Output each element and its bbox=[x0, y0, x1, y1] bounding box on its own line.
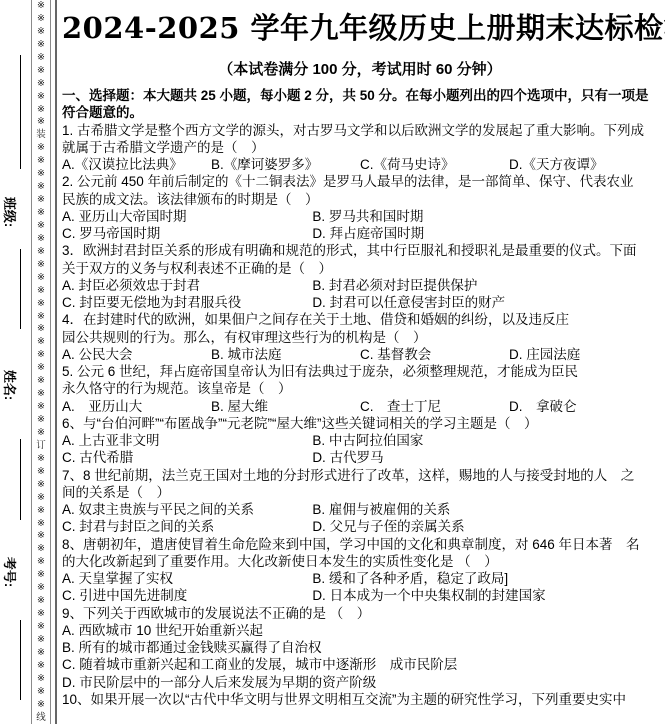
option-row: D. 市民阶层中的一部分人后来发展为早期的资产阶级 bbox=[62, 674, 658, 691]
option: D. 拜占庭帝国时期 bbox=[312, 225, 658, 242]
binding-symbol: ※ bbox=[37, 182, 45, 192]
question-stem-line: 8、唐朝初年，遣唐使冒着生命危险来到中国，学习中国的文化和典章制度，对 646 … bbox=[62, 536, 658, 553]
option: A. 西欧城市 10 世纪开始重新兴起 bbox=[62, 622, 658, 639]
blank-line bbox=[20, 439, 21, 520]
option: C. 基督教会 bbox=[360, 346, 509, 363]
option-row: A. 亚历山大帝国时期B. 罗马共和国时期 bbox=[62, 208, 658, 225]
option: D. 日本成为一个中央集权制的封建国家 bbox=[312, 587, 658, 604]
paper-title: 2024-2025 学年九年级历史上册期末达标检测卷 bbox=[62, 8, 658, 48]
binding-symbol: ※ bbox=[37, 66, 45, 76]
binding-symbol: ※ bbox=[37, 363, 45, 373]
questions: 一、选择题：本大题共 25 小题，每小题 2 分，共 50 分。在每小题列出的四… bbox=[62, 87, 658, 708]
blank-line bbox=[20, 55, 21, 169]
option-row: A. 亚历山大B. 屋大维C. 查士丁尼D. 拿破仑 bbox=[62, 398, 658, 415]
name-label: 姓名: bbox=[0, 359, 20, 411]
option: B. 封君必须对封臣提供保护 bbox=[312, 277, 658, 294]
option-row: C. 古代希腊D. 古代罗马 bbox=[62, 449, 658, 466]
option: C. 查士丁尼 bbox=[360, 398, 509, 415]
option: D. 庄园法庭 bbox=[509, 346, 658, 363]
binding-symbol: ※ bbox=[37, 661, 45, 671]
binding-symbol: ※ bbox=[37, 53, 45, 63]
binding-symbol: ※ bbox=[37, 143, 45, 153]
binding-symbol: ※ bbox=[37, 376, 45, 386]
option-row: A. 西欧城市 10 世纪开始重新兴起 bbox=[62, 622, 658, 639]
binding-symbol: ※ bbox=[37, 493, 45, 503]
binding-symbol: ※ bbox=[37, 544, 45, 554]
binding-symbol: ※ bbox=[37, 415, 45, 425]
binding-symbol: ※ bbox=[37, 312, 45, 322]
binding-symbol: ※ bbox=[37, 389, 45, 399]
question-stem-line: 5. 公元 6 世纪，拜占庭帝国皇帝认为旧有法典过于庞杂，必须整理规范，才能成为… bbox=[62, 363, 658, 380]
paper-subtitle: （本试卷满分 100 分，考试用时 60 分钟） bbox=[62, 61, 658, 78]
option: D. 封君可以任意侵害封臣的财产 bbox=[312, 294, 658, 311]
question-stem-line: 10、如果开展一次以“古代中华文明与世界文明相互交流”为主题的研究性学习，下列重… bbox=[62, 691, 658, 708]
binding-strip: ※※※※※※※※※※装※※※※※※※※※※※※※※※※※※※※※※※订※※※※※… bbox=[31, 0, 51, 724]
binding-symbol: ※ bbox=[37, 195, 45, 205]
option-row: B. 所有的城市都通过金钱赎买赢得了自治权 bbox=[62, 639, 658, 656]
option: D. 拿破仑 bbox=[509, 398, 658, 415]
binding-symbol: ※ bbox=[37, 687, 45, 697]
question-stem-line: 关于双方的义务与权利表述不正确的是（ ） bbox=[62, 260, 658, 277]
binding-char: 线 bbox=[36, 713, 46, 723]
binding-symbol: ※ bbox=[37, 609, 45, 619]
question-stem-line: 间的关系是（ ） bbox=[62, 484, 658, 501]
option: B. 罗马共和国时期 bbox=[312, 208, 658, 225]
section-heading-line: 符合题意的。 bbox=[62, 104, 658, 121]
blank-line bbox=[20, 620, 21, 700]
binding-symbol: ※ bbox=[37, 324, 45, 334]
exam-paper: 2024-2025 学年九年级历史上册期末达标检测卷 （本试卷满分 100 分，… bbox=[62, 0, 658, 708]
binding-symbol: ※ bbox=[37, 480, 45, 490]
blank-line bbox=[20, 249, 21, 329]
examno-label: 考号: bbox=[0, 546, 20, 598]
question-stem-line: 9、下列关于西欧城市的发展说法不正确的是 （ ） bbox=[62, 605, 658, 622]
binding-symbol: ※ bbox=[37, 260, 45, 270]
binding-char: 订 bbox=[36, 441, 46, 451]
binding-symbol: ※ bbox=[37, 454, 45, 464]
option-row: A. 天皇掌握了实权B. 缓和了各种矛盾，稳定了政局] bbox=[62, 570, 658, 587]
binding-symbol: ※ bbox=[37, 570, 45, 580]
binding-symbol: ※ bbox=[37, 648, 45, 658]
option-row: C. 罗马帝国时期D. 拜占庭帝国时期 bbox=[62, 225, 658, 242]
section-heading-line: 一、选择题：本大题共 25 小题，每小题 2 分，共 50 分。在每小题列出的四… bbox=[62, 87, 658, 104]
binding-symbol: ※ bbox=[37, 286, 45, 296]
binding-symbol: ※ bbox=[37, 519, 45, 529]
binding-char: 装 bbox=[36, 130, 46, 140]
option: B. 缓和了各种矛盾，稳定了政局] bbox=[312, 570, 658, 587]
question-stem-line: 园公共规则的行为。那么，有权审理这些行为的机构是（ ） bbox=[62, 329, 658, 346]
binding-symbol: ※ bbox=[37, 506, 45, 516]
question-stem-line: 就属于古希腊文学遗产的是（ ） bbox=[62, 139, 658, 156]
option: B. 所有的城市都通过金钱赎买赢得了自治权 bbox=[62, 639, 658, 656]
option-row: C. 封君与封臣之间的关系D. 父兄与子侄的亲属关系 bbox=[62, 518, 658, 535]
binding-symbol: ※ bbox=[37, 557, 45, 567]
option: C. 引进中国先进制度 bbox=[62, 587, 312, 604]
option-row: C. 引进中国先进制度D. 日本成为一个中央集权制的封建国家 bbox=[62, 587, 658, 604]
binding-symbol: ※ bbox=[37, 156, 45, 166]
option: A. 天皇掌握了实权 bbox=[62, 570, 312, 587]
option: B. 雇佣与被雇佣的关系 bbox=[312, 501, 658, 518]
option: C. 封君与封臣之间的关系 bbox=[62, 518, 312, 535]
option: A. 亚历山大 bbox=[62, 398, 211, 415]
binding-symbol: ※ bbox=[37, 27, 45, 37]
option: D. 父兄与子侄的亲属关系 bbox=[312, 518, 658, 535]
option-row: C. 随着城市重新兴起和工商业的发展，城市中逐渐形 成市民阶层 bbox=[62, 656, 658, 673]
option: D. 市民阶层中的一部分人后来发展为早期的资产阶级 bbox=[62, 674, 658, 691]
binding-symbol: ※ bbox=[37, 596, 45, 606]
question-stem-line: 3．欧洲封君封臣关系的形成有明确和规范的形式，其中行臣服礼和授职礼是最重要的仪式… bbox=[62, 242, 658, 259]
binding-symbol: ※ bbox=[37, 622, 45, 632]
question-stem-line: 2. 公元前 450 年前后制定的《十二铜表法》是罗马人最早的法律，是一部简单、… bbox=[62, 173, 658, 190]
binding-symbol: ※ bbox=[37, 40, 45, 50]
binding-symbol: ※ bbox=[37, 208, 45, 218]
binding-symbol: ※ bbox=[37, 428, 45, 438]
binding-symbol: ※ bbox=[37, 221, 45, 231]
binding-symbol: ※ bbox=[37, 350, 45, 360]
question-stem-line: 的大化改新起到了重要作用。大化改新使日本发生的实质性变化是 （ ） bbox=[62, 553, 658, 570]
option: B.《摩诃婆罗多》 bbox=[211, 156, 360, 173]
question-stem-line: 1. 古希腊文学是整个西方文学的源头，对古罗马文学和以后欧洲文学的发展起了重大影… bbox=[62, 122, 658, 139]
binding-symbol: ※ bbox=[37, 117, 45, 127]
question-stem-line: 7、8 世纪前期，法兰克王国对土地的分封形式进行了改革，这样，赐地的人与接受封地… bbox=[62, 467, 658, 484]
binding-symbol: ※ bbox=[37, 299, 45, 309]
option: A. 公民大会 bbox=[62, 346, 211, 363]
option: B. 城市法庭 bbox=[211, 346, 360, 363]
option: A. 封臣必须效忠于封君 bbox=[62, 277, 312, 294]
binding-symbol: ※ bbox=[37, 337, 45, 347]
binding-symbol: ※ bbox=[37, 1, 45, 11]
option-row: A. 公民大会B. 城市法庭C. 基督教会D. 庄园法庭 bbox=[62, 346, 658, 363]
option: B. 屋大维 bbox=[211, 398, 360, 415]
binding-symbol: ※ bbox=[37, 105, 45, 115]
option: A. 上古亚非文明 bbox=[62, 432, 312, 449]
option-row: A.《汉谟拉比法典》B.《摩诃婆罗多》C.《荷马史诗》D.《天方夜谭》 bbox=[62, 156, 658, 173]
binding-symbol: ※ bbox=[37, 467, 45, 477]
option-row: A. 上古亚非文明B. 中古阿拉伯国家 bbox=[62, 432, 658, 449]
option: D. 古代罗马 bbox=[312, 449, 658, 466]
option: C. 随着城市重新兴起和工商业的发展，城市中逐渐形 成市民阶层 bbox=[62, 656, 658, 673]
binding-symbol: ※ bbox=[37, 169, 45, 179]
option: C.《荷马史诗》 bbox=[360, 156, 509, 173]
binding-symbol: ※ bbox=[37, 234, 45, 244]
option: C. 罗马帝国时期 bbox=[62, 225, 312, 242]
binding-symbol: ※ bbox=[37, 92, 45, 102]
binding-symbol: ※ bbox=[37, 273, 45, 283]
binding-symbol: ※ bbox=[37, 14, 45, 24]
option: A. 奴隶主贵族与平民之间的关系 bbox=[62, 501, 312, 518]
binding-symbol: ※ bbox=[37, 79, 45, 89]
class-label: 班级: bbox=[0, 186, 20, 238]
option: C. 封臣要无偿地为封君服兵役 bbox=[62, 294, 312, 311]
binding-symbol: ※ bbox=[37, 247, 45, 257]
option: B. 中古阿拉伯国家 bbox=[312, 432, 658, 449]
binding-symbol: ※ bbox=[37, 700, 45, 710]
question-stem-line: 4．在封建时代的欧洲，如果佃户之间存在关于土地、借贷和婚姻的纠纷，以及违反庄 bbox=[62, 311, 658, 328]
binding-symbol: ※ bbox=[37, 402, 45, 412]
content-left-border bbox=[55, 0, 57, 724]
binding-symbol: ※ bbox=[37, 531, 45, 541]
question-stem-line: 永久恪守的行为规范。该皇帝是（ ） bbox=[62, 380, 658, 397]
option: C. 古代希腊 bbox=[62, 449, 312, 466]
question-stem-line: 民族的成文法。该法律颁布的时期是（ ） bbox=[62, 191, 658, 208]
option: D.《天方夜谭》 bbox=[509, 156, 658, 173]
option-row: A. 封臣必须效忠于封君B. 封君必须对封臣提供保护 bbox=[62, 277, 658, 294]
option-row: C. 封臣要无偿地为封君服兵役D. 封君可以任意侵害封臣的财产 bbox=[62, 294, 658, 311]
binding-symbol: ※ bbox=[37, 635, 45, 645]
binding-symbol: ※ bbox=[37, 583, 45, 593]
option: A.《汉谟拉比法典》 bbox=[62, 156, 211, 173]
option: A. 亚历山大帝国时期 bbox=[62, 208, 312, 225]
option-row: A. 奴隶主贵族与平民之间的关系B. 雇佣与被雇佣的关系 bbox=[62, 501, 658, 518]
question-stem-line: 6、与“台伯河畔”“布匿战争”“元老院”“屋大维”这些关键词相关的学习主题是（ … bbox=[62, 415, 658, 432]
binding-symbol: ※ bbox=[37, 674, 45, 684]
